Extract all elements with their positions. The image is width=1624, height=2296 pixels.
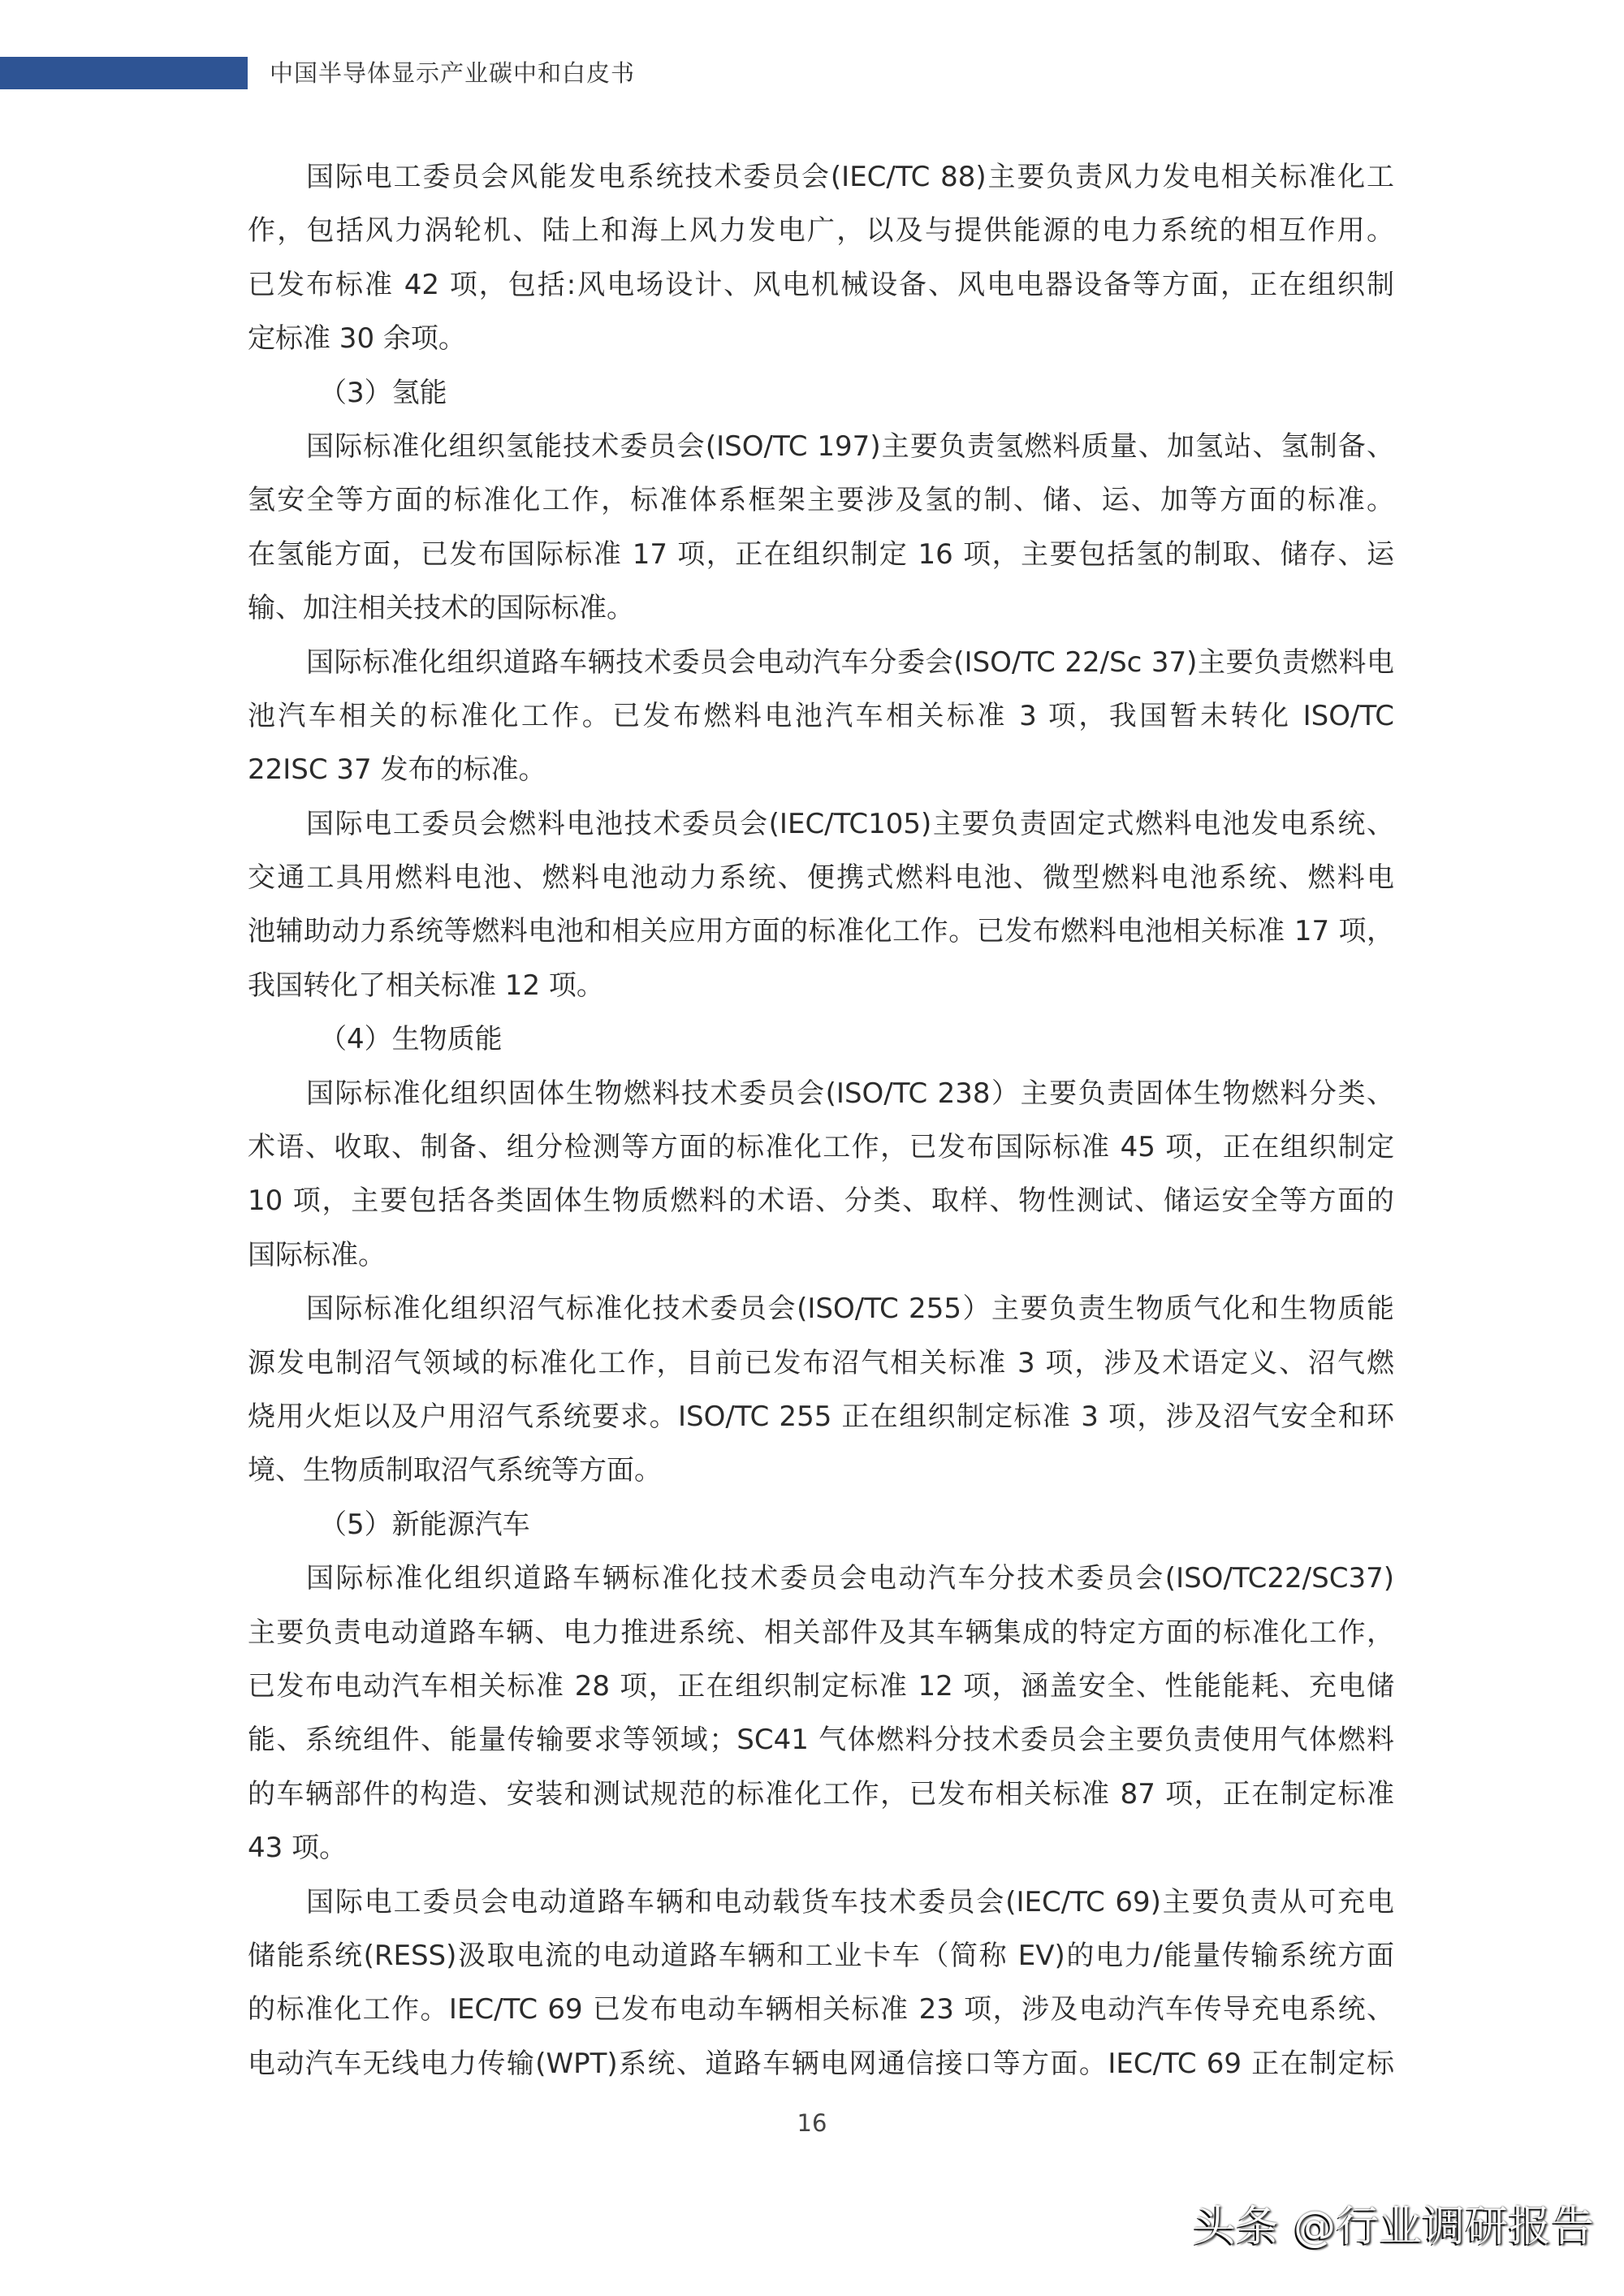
paragraph-line: 能、系统组件、能量传输要求等领域；SC41 气体燃料分技术委员会主要负责使用气体… xyxy=(248,1713,1394,1767)
header-accent-bar xyxy=(0,57,248,89)
paragraph-line: 已发布电动汽车相关标准 28 项，正在组织制定标准 12 项，涵盖安全、性能能耗… xyxy=(248,1659,1394,1713)
section-heading-biomass: （4）生物质能 xyxy=(248,1012,1394,1066)
paragraph-line: 池汽车相关的标准化工作。已发布燃料电池汽车相关标准 3 项，我国暂未转化 ISO… xyxy=(248,689,1394,743)
page-number: 16 xyxy=(0,2109,1624,2137)
paragraph-line: 交通工具用燃料电池、燃料电池动力系统、便携式燃料电池、微型燃料电池系统、燃料电 xyxy=(248,851,1394,904)
paragraph-line: 定标准 30 余项。 xyxy=(248,312,1394,365)
paragraph-line: 22ISC 37 发布的标准。 xyxy=(248,743,1394,796)
paragraph-line: 我国转化了相关标准 12 项。 xyxy=(248,959,1394,1012)
paragraph-line: 境、生物质制取沼气系统等方面。 xyxy=(248,1444,1394,1497)
paragraph-line: 储能系统(RESS)汲取电流的电动道路车辆和工业卡车（简称 EV)的电力/能量传… xyxy=(248,1929,1394,1983)
paragraph-line: 已发布标准 42 项，包括:风电场设计、风电机械设备、风电电器设备等方面，正在组… xyxy=(248,258,1394,312)
paragraph-line: 国际标准化组织沼气标准化技术委员会(ISO/TC 255）主要负责生物质气化和生… xyxy=(248,1282,1394,1336)
paragraph-line: 池辅助动力系统等燃料电池和相关应用方面的标准化工作。已发布燃料电池相关标准 17… xyxy=(248,904,1394,958)
section-heading-nev: （5）新能源汽车 xyxy=(248,1498,1394,1552)
paragraph-line: 的车辆部件的构造、安装和测试规范的标准化工作，已发布相关标准 87 项，正在制定… xyxy=(248,1767,1394,1821)
paragraph-line: 国际电工委员会风能发电系统技术委员会(IEC/TC 88)主要负责风力发电相关标… xyxy=(248,150,1394,204)
paragraph-line: 国际电工委员会电动道路车辆和电动载货车技术委员会(IEC/TC 69)主要负责从… xyxy=(248,1875,1394,1929)
paragraph-line: 术语、收取、制备、组分检测等方面的标准化工作，已发布国际标准 45 项，正在组织… xyxy=(248,1120,1394,1174)
paragraph-line: 烧用火炬以及户用沼气系统要求。ISO/TC 255 正在组织制定标准 3 项，涉… xyxy=(248,1390,1394,1444)
paragraph-line: 国际电工委员会燃料电池技术委员会(IEC/TC105)主要负责固定式燃料电池发电… xyxy=(248,797,1394,851)
paragraph-line: 国际标准化组织固体生物燃料技术委员会(ISO/TC 238）主要负责固体生物燃料… xyxy=(248,1067,1394,1120)
watermark: 头条 @行业调研报告 xyxy=(1193,2192,1595,2253)
paragraph-line: 在氢能方面，已发布国际标准 17 项，正在组织制定 16 项，主要包括氢的制取、… xyxy=(248,528,1394,581)
body-text: 国际电工委员会风能发电系统技术委员会(IEC/TC 88)主要负责风力发电相关标… xyxy=(248,150,1394,2091)
paragraph-line: 电动汽车无线电力传输(WPT)系统、道路车辆电网通信接口等方面。IEC/TC 6… xyxy=(248,2037,1394,2091)
paragraph-line: 43 项。 xyxy=(248,1821,1394,1875)
paragraph-line: 国际标准。 xyxy=(248,1228,1394,1282)
paragraph-line: 国际标准化组织氢能技术委员会(ISO/TC 197)主要负责氢燃料质量、加氢站、… xyxy=(248,420,1394,473)
section-heading-hydrogen: （3）氢能 xyxy=(248,366,1394,420)
paragraph-line: 主要负责电动道路车辆、电力推进系统、相关部件及其车辆集成的特定方面的标准化工作， xyxy=(248,1606,1394,1659)
paragraph-line: 国际标准化组织道路车辆技术委员会电动汽车分委会(ISO/TC 22/Sc 37)… xyxy=(248,636,1394,689)
paragraph-line: 氢安全等方面的标准化工作，标准体系框架主要涉及氢的制、储、运、加等方面的标准。 xyxy=(248,473,1394,527)
paragraph-line: 国际标准化组织道路车辆标准化技术委员会电动汽车分技术委员会(ISO/TC22/S… xyxy=(248,1552,1394,1605)
paragraph-line: 输、加注相关技术的国际标准。 xyxy=(248,581,1394,635)
document-title: 中国半导体显示产业碳中和白皮书 xyxy=(270,57,635,89)
paragraph-line: 源发电制沼气领域的标准化工作，目前已发布沼气相关标准 3 项，涉及术语定义、沼气… xyxy=(248,1336,1394,1390)
paragraph-line: 作，包括风力涡轮机、陆上和海上风力发电广，以及与提供能源的电力系统的相互作用。 xyxy=(248,204,1394,257)
paragraph-line: 10 项，主要包括各类固体生物质燃料的术语、分类、取样、物性测试、储运安全等方面… xyxy=(248,1174,1394,1228)
paragraph-line: 的标准化工作。IEC/TC 69 已发布电动车辆相关标准 23 项，涉及电动汽车… xyxy=(248,1983,1394,2036)
